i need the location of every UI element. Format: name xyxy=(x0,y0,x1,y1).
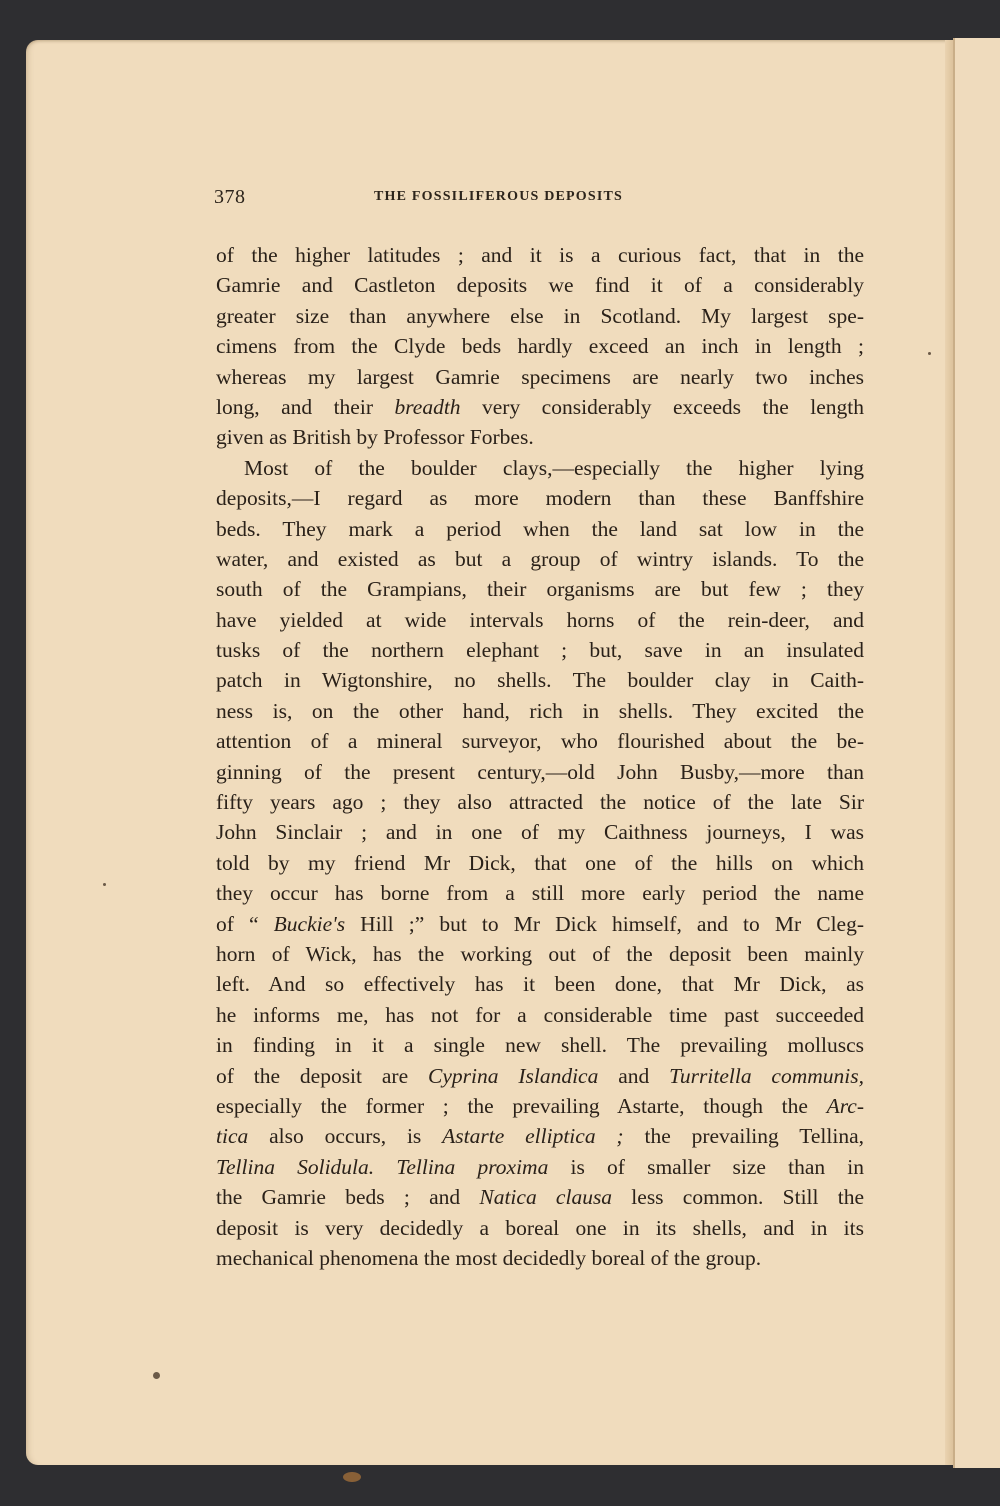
text-line: beds. They mark a period when the land s… xyxy=(216,514,864,544)
italic-term: Tellina proxima xyxy=(396,1155,548,1179)
text-line: given as British by Professor Forbes. xyxy=(216,422,864,452)
text-line: patch in Wigtonshire, no shells. The bou… xyxy=(216,665,864,695)
text-run: given as British by Professor Forbes. xyxy=(216,425,534,449)
text-line: deposit is very decidedly a boreal one i… xyxy=(216,1213,864,1243)
paper-speck xyxy=(103,883,106,886)
text-run xyxy=(374,1155,396,1179)
text-line: Gamrie and Castleton deposits we find it… xyxy=(216,270,864,300)
text-run: he informs me, has not for a considerabl… xyxy=(216,1003,864,1027)
text-run: ginning of the present century,—old John… xyxy=(216,760,864,784)
text-run: especially the former ; the prevailing A… xyxy=(216,1094,827,1118)
text-line: of the higher latitudes ; and it is a cu… xyxy=(216,240,864,270)
text-run: have yielded at wide intervals horns of … xyxy=(216,608,864,632)
text-line: south of the Grampians, their organisms … xyxy=(216,574,864,604)
text-line: long, and their breadth very considerabl… xyxy=(216,392,864,422)
text-run: left. And so effectively has it been don… xyxy=(216,972,864,996)
text-run: mechanical phenomena the most decidedly … xyxy=(216,1246,761,1270)
text-run: the Gamrie beds ; and xyxy=(216,1185,479,1209)
page-gutter xyxy=(945,40,953,1465)
text-run: fifty years ago ; they also attracted th… xyxy=(216,790,864,814)
text-run: cimens from the Clyde beds hardly exceed… xyxy=(216,334,864,358)
text-run: long, and their xyxy=(216,395,394,419)
text-run: of “ xyxy=(216,912,274,936)
text-run: the prevailing Tellina, xyxy=(624,1124,864,1148)
text-run: they occur has borne from a still more e… xyxy=(216,881,864,905)
text-run: beds. They mark a period when the land s… xyxy=(216,517,864,541)
text-line: ginning of the present century,—old John… xyxy=(216,757,864,787)
text-run: horn of Wick, has the working out of the… xyxy=(216,942,864,966)
italic-term: Buckie's xyxy=(274,912,345,936)
italic-term: Natica clausa xyxy=(479,1185,612,1209)
text-run: south of the Grampians, their organisms … xyxy=(216,577,864,601)
text-line: he informs me, has not for a considerabl… xyxy=(216,1000,864,1030)
italic-term: Turritella communis, xyxy=(669,1064,864,1088)
running-head: 378 THE FOSSILIFEROUS DEPOSITS xyxy=(214,186,864,212)
text-run: of the deposit are xyxy=(216,1064,428,1088)
text-line: the Gamrie beds ; and Natica clausa less… xyxy=(216,1182,864,1212)
text-line: ness is, on the other hand, rich in shel… xyxy=(216,696,864,726)
text-line: they occur has borne from a still more e… xyxy=(216,878,864,908)
text-line: greater size than anywhere else in Scotl… xyxy=(216,301,864,331)
text-line: of the deposit are Cyprina Islandica and… xyxy=(216,1061,864,1091)
italic-term: Arc- xyxy=(827,1094,864,1118)
text-line: cimens from the Clyde beds hardly exceed… xyxy=(216,331,864,361)
text-line: tusks of the northern elephant ; but, sa… xyxy=(216,635,864,665)
text-run: Most of the boulder clays,—especially th… xyxy=(244,456,864,480)
italic-term: breadth xyxy=(394,395,460,419)
text-run: attention of a mineral surveyor, who flo… xyxy=(216,729,864,753)
text-line: attention of a mineral surveyor, who flo… xyxy=(216,726,864,756)
text-run: and xyxy=(598,1064,669,1088)
italic-term: tica xyxy=(216,1124,248,1148)
text-line: left. And so effectively has it been don… xyxy=(216,969,864,999)
text-line: John Sinclair ; and in one of my Caithne… xyxy=(216,817,864,847)
running-title: THE FOSSILIFEROUS DEPOSITS xyxy=(374,189,623,205)
text-line: horn of Wick, has the working out of the… xyxy=(216,939,864,969)
text-line: mechanical phenomena the most decidedly … xyxy=(216,1243,864,1273)
text-run: deposits,—I regard as more modern than t… xyxy=(216,486,864,510)
text-run: greater size than anywhere else in Scotl… xyxy=(216,304,864,328)
facing-page-edge xyxy=(953,38,1000,1468)
text-line: Tellina Solidula. Tellina proxima is of … xyxy=(216,1152,864,1182)
text-run: Hill ;” but to Mr Dick himself, and to M… xyxy=(345,912,864,936)
text-run: ness is, on the other hand, rich in shel… xyxy=(216,699,864,723)
text-line: in finding in it a single new shell. The… xyxy=(216,1030,864,1060)
text-run: less common. Still the xyxy=(612,1185,864,1209)
text-run: deposit is very decidedly a boreal one i… xyxy=(216,1216,864,1240)
text-line: deposits,—I regard as more modern than t… xyxy=(216,483,864,513)
text-run: of the higher latitudes ; and it is a cu… xyxy=(216,243,864,267)
text-line: especially the former ; the prevailing A… xyxy=(216,1091,864,1121)
text-run: tusks of the northern elephant ; but, sa… xyxy=(216,638,864,662)
text-line: whereas my largest Gamrie specimens are … xyxy=(216,362,864,392)
text-line: Most of the boulder clays,—especially th… xyxy=(216,453,864,483)
paper-speck xyxy=(153,1372,160,1379)
text-run: is of smaller size than in xyxy=(548,1155,864,1179)
italic-term: Cyprina Islandica xyxy=(428,1064,598,1088)
page-number: 378 xyxy=(214,186,246,209)
text-run: told by my friend Mr Dick, that one of t… xyxy=(216,851,864,875)
text-line: fifty years ago ; they also attracted th… xyxy=(216,787,864,817)
text-run: whereas my largest Gamrie specimens are … xyxy=(216,365,864,389)
text-run: in finding in it a single new shell. The… xyxy=(216,1033,864,1057)
text-line: water, and existed as but a group of win… xyxy=(216,544,864,574)
text-run: Gamrie and Castleton deposits we find it… xyxy=(216,273,864,297)
text-line: tica also occurs, is Astarte elliptica ;… xyxy=(216,1121,864,1151)
text-line: of “ Buckie's Hill ;” but to Mr Dick him… xyxy=(216,909,864,939)
text-run: water, and existed as but a group of win… xyxy=(216,547,864,571)
paper-speck xyxy=(928,352,931,355)
paper-stain xyxy=(343,1472,361,1482)
text-run: John Sinclair ; and in one of my Caithne… xyxy=(216,820,864,844)
text-run: patch in Wigtonshire, no shells. The bou… xyxy=(216,668,864,692)
italic-term: Tellina Solidula. xyxy=(216,1155,374,1179)
text-run: very considerably exceeds the length xyxy=(461,395,864,419)
text-run: also occurs, is xyxy=(248,1124,442,1148)
italic-term: Astarte elliptica ; xyxy=(442,1124,623,1148)
text-line: told by my friend Mr Dick, that one of t… xyxy=(216,848,864,878)
body-text: of the higher latitudes ; and it is a cu… xyxy=(216,240,864,1273)
text-line: have yielded at wide intervals horns of … xyxy=(216,605,864,635)
